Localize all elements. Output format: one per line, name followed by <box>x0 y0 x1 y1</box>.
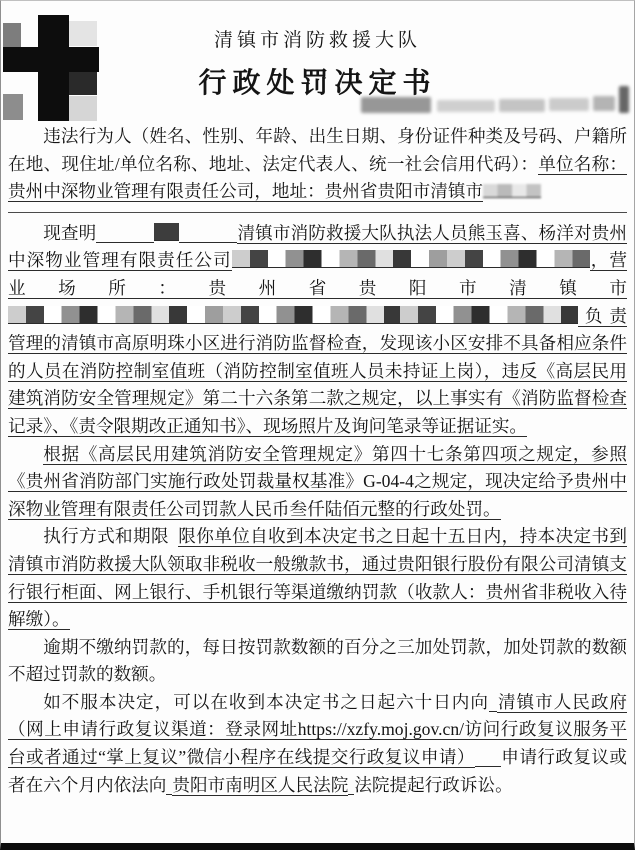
document-page: 清镇市消防救援大队 行政处罚决定书 违法行为人（姓名、性别、年龄、出生日期、身份… <box>0 0 635 850</box>
redaction-block <box>69 21 97 46</box>
paragraph: 根据《高层民用建筑消防安全管理规定》第四十七条第四项之规定，参照《贵州省消防部门… <box>8 441 627 524</box>
text-segment: 如不服本决定，可以在收到本决定书之日起六十日内向 <box>43 692 489 712</box>
redaction-block <box>400 306 578 324</box>
redaction-block <box>69 72 97 95</box>
blank-segment <box>489 692 497 711</box>
text-segment: 法院提起行政诉讼。 <box>354 775 512 795</box>
redaction-block <box>437 100 495 112</box>
redaction-block <box>549 98 589 111</box>
redaction-block <box>483 184 541 198</box>
text-segment: 执行方式和期限 <box>43 526 169 546</box>
text-segment: 根据《高层民用建筑消防安全管理规定》第四十七条第四项之规定，参照《贵州省消防部门… <box>8 444 627 520</box>
paragraph: 执行方式和期限限你单位自收到本决定书之日起十五日内，持本决定书到清镇市消防救援大… <box>8 523 627 633</box>
blank-segment <box>179 223 237 242</box>
redaction-block <box>3 23 21 47</box>
redaction-block <box>69 96 97 121</box>
redaction-block <box>3 47 99 72</box>
paragraph: 违法行为人（姓名、性别、年龄、出生日期、身份证件种类及号码、户籍所在地、现住址/… <box>8 123 627 206</box>
blank-segment <box>475 748 501 767</box>
redaction-block <box>232 250 590 268</box>
text-segment: 逾期不缴纳罚款的，每日按罚款数额的百分之三加处罚款，加处罚款的数额不超过罚款的数… <box>8 637 627 685</box>
document-body: 违法行为人（姓名、性别、年龄、出生日期、身份证件种类及号码、户籍所在地、现住址/… <box>1 123 634 799</box>
redaction-block <box>619 86 629 113</box>
blank-segment <box>169 528 178 546</box>
paragraph: 现查明清镇市消防救援大队执法人员熊玉喜、杨洋对贵州中深物业管理有限责任公司，营业… <box>8 220 627 441</box>
section-divider <box>8 212 627 213</box>
text-segment: 现查明 <box>43 223 96 243</box>
document-header: 清镇市消防救援大队 行政处罚决定书 <box>1 1 634 123</box>
blank-segment <box>96 223 154 242</box>
paragraph: 逾期不缴纳罚款的，每日按罚款数额的百分之三加处罚款，加处罚款的数额不超过罚款的数… <box>8 634 627 689</box>
text-segment: 违法行为人（姓名、性别、年龄、出生日期、身份证件种类及号码、户籍所在地、现住址/… <box>8 126 627 174</box>
redaction-block <box>499 99 545 112</box>
redaction-block <box>3 94 23 120</box>
redaction-block <box>8 306 400 324</box>
text-segment: 负责管理的清镇市高原明珠小区进行消防监督检查，发现该小区安排不具备相应条件的人员… <box>8 306 627 437</box>
paragraph: 如不服本决定，可以在收到本决定书之日起六十日内向清镇市人民政府（网上申请行政复议… <box>8 689 627 799</box>
redaction-block <box>361 97 431 113</box>
redaction-block <box>154 223 179 241</box>
text-segment: 贵阳市南明区人民法院 <box>172 775 348 796</box>
redaction-block <box>593 96 615 111</box>
